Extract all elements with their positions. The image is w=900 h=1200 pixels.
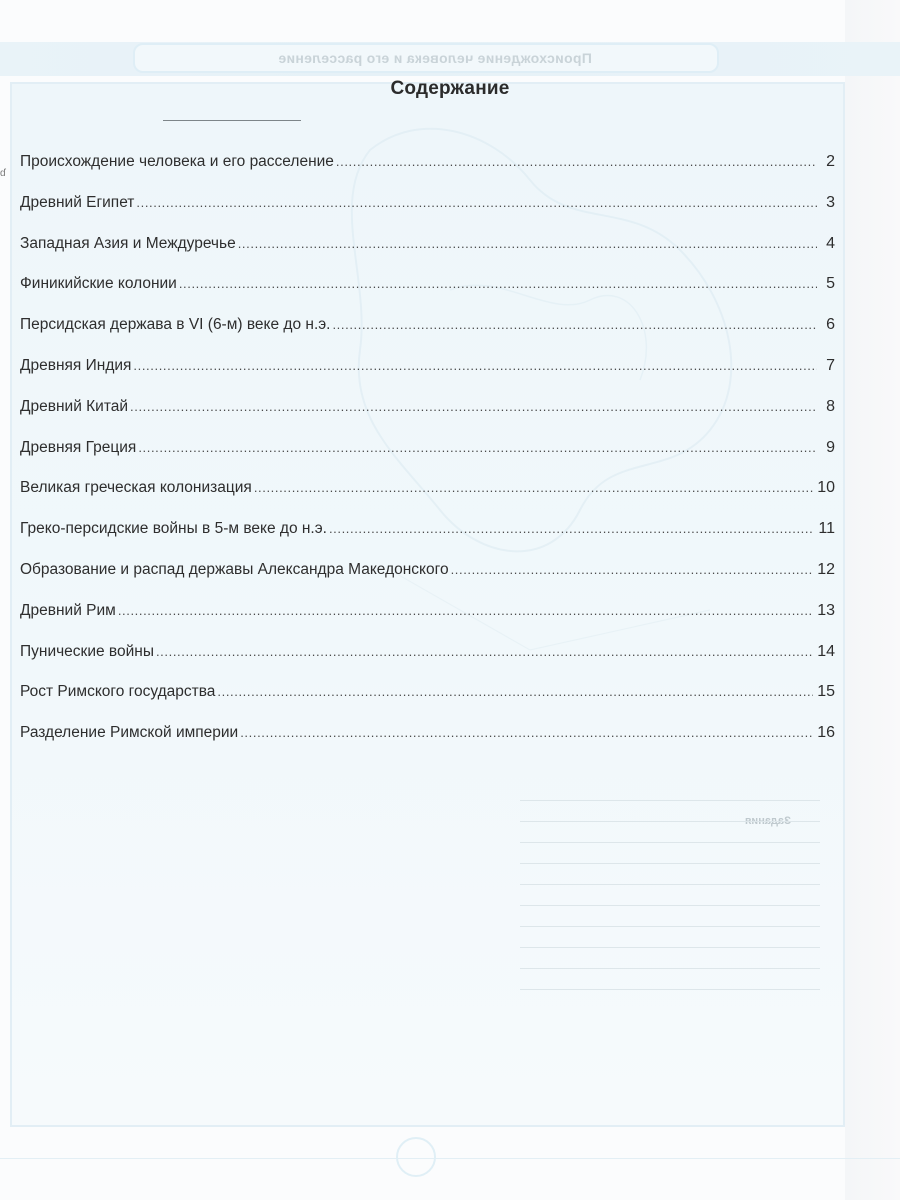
toc-entry-title: Разделение Римской империи [20,724,238,742]
toc-entry-title: Западная Азия и Междуречье [20,235,236,253]
toc-entry-title: Древняя Индия [20,357,131,375]
toc-entry[interactable]: Пунические войны14 [20,643,835,684]
bleed-through-bottom-rule [0,1158,900,1159]
dot-leader [254,479,813,497]
dot-leader [156,643,813,661]
page-edge-shadow [845,0,900,1200]
toc-entry-page-number: 7 [821,357,835,375]
toc-entry-title: Древний Египет [20,194,134,212]
toc-entry[interactable]: Рост Римского государства15 [20,683,835,724]
toc-entry[interactable]: Древняя Греция9 [20,439,835,480]
table-of-contents: Происхождение человека и его расселение2… [20,153,835,765]
toc-entry-page-number: 3 [821,194,835,212]
dot-leader [240,724,813,742]
toc-entry[interactable]: Персидская держава в VI (6-м) веке до н.… [20,316,835,357]
dot-leader [133,357,817,375]
dot-leader [118,602,813,620]
dot-leader [136,194,817,212]
toc-entry[interactable]: Великая греческая колонизация10 [20,479,835,520]
toc-entry-title: Греко-персидские войны в 5-м веке до н.э… [20,520,327,538]
toc-entry-page-number: 10 [817,479,835,497]
toc-entry-title: Древняя Греция [20,439,136,457]
toc-entry-title: Великая греческая колонизация [20,479,252,497]
dot-leader [336,153,817,171]
page-title: Содержание [0,78,900,100]
title-underline-rule [163,120,301,121]
toc-entry-title: Происхождение человека и его расселение [20,153,334,171]
dot-leader [179,275,817,293]
dot-leader [138,439,817,457]
toc-entry-page-number: 2 [821,153,835,171]
dot-leader [329,520,814,538]
toc-entry-page-number: 8 [821,398,835,416]
toc-entry-page-number: 12 [817,561,835,579]
dot-leader [451,561,814,579]
toc-entry[interactable]: Разделение Римской империи16 [20,724,835,765]
toc-entry[interactable]: Западная Азия и Междуречье4 [20,235,835,276]
toc-entry-page-number: 15 [817,683,835,701]
toc-entry[interactable]: Древний Египет3 [20,194,835,235]
dot-leader [332,316,817,334]
toc-entry[interactable]: Древний Рим13 [20,602,835,643]
toc-entry-page-number: 14 [817,643,835,661]
toc-entry[interactable]: Греко-персидские войны в 5-м веке до н.э… [20,520,835,561]
toc-entry[interactable]: Древний Китай8 [20,398,835,439]
toc-entry[interactable]: Финикийские колонии5 [20,275,835,316]
bleed-through-task-lines [520,800,820,1060]
dot-leader [217,683,813,701]
toc-entry[interactable]: Происхождение человека и его расселение2 [20,153,835,194]
toc-entry-title: Пунические войны [20,643,154,661]
toc-entry-title: Древний Рим [20,602,116,620]
toc-entry-title: Финикийские колонии [20,275,177,293]
toc-entry-page-number: 4 [821,235,835,253]
bleed-through-header-text: Происхождение человека и его расселение [215,50,655,66]
toc-entry[interactable]: Образование и распад державы Александра … [20,561,835,602]
toc-entry-page-number: 9 [821,439,835,457]
margin-scan-mark: ɗ [0,168,6,179]
toc-entry[interactable]: Древняя Индия7 [20,357,835,398]
toc-entry-title: Рост Римского государства [20,683,215,701]
toc-entry-title: Персидская держава в VI (6-м) веке до н.… [20,316,330,334]
dot-leader [238,235,817,253]
dot-leader [130,398,817,416]
toc-entry-page-number: 13 [817,602,835,620]
toc-entry-page-number: 11 [818,520,835,538]
toc-entry-page-number: 6 [821,316,835,334]
toc-entry-page-number: 16 [817,724,835,742]
toc-entry-page-number: 5 [821,275,835,293]
toc-entry-title: Образование и распад державы Александра … [20,561,449,579]
bleed-through-page-number-circle [396,1137,436,1177]
toc-entry-title: Древний Китай [20,398,128,416]
